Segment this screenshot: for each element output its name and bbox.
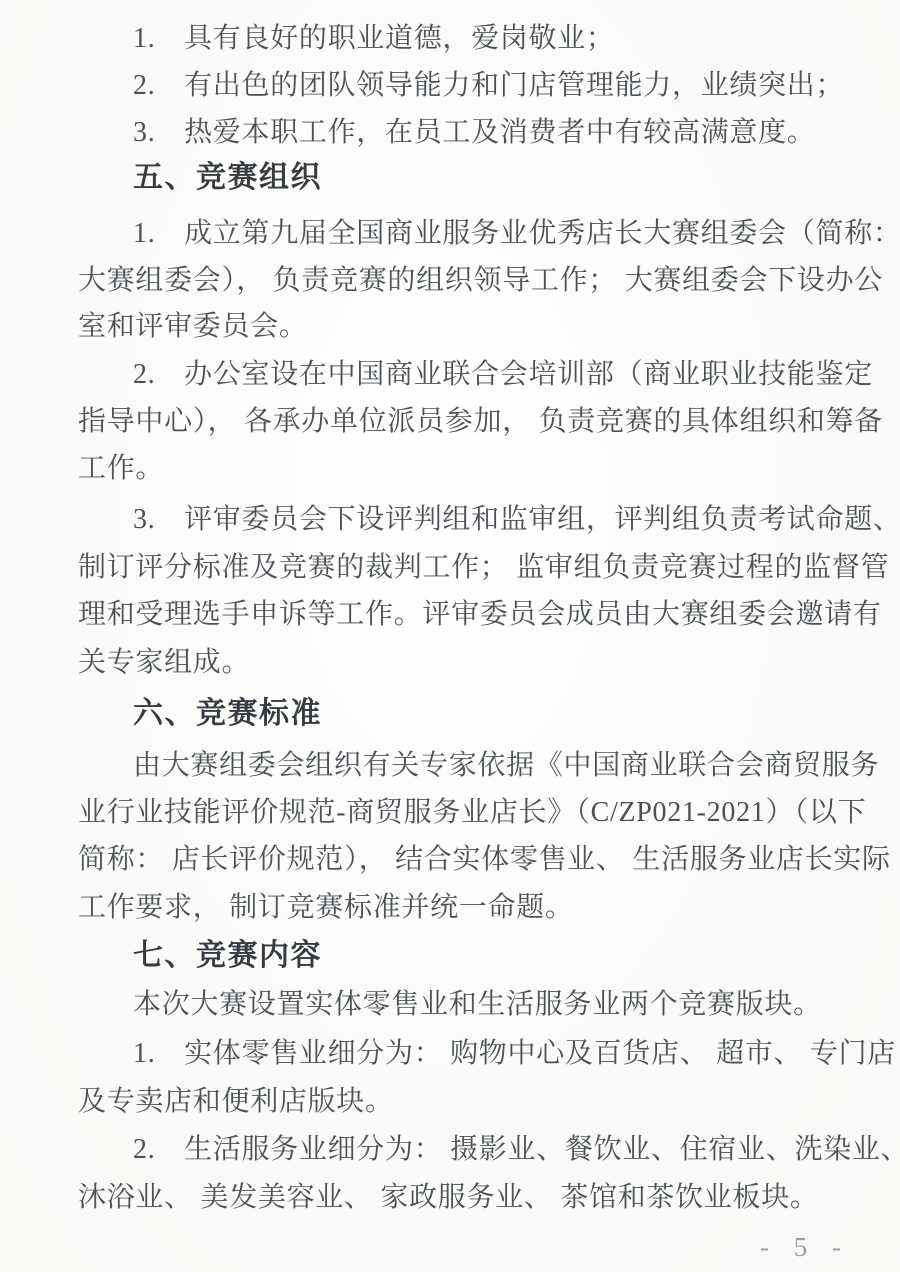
paragraph-line: 3. 评审委员会下设评判组和监审组，评判组负责考试命题、 — [78, 503, 884, 537]
paragraph-line: 理和受理选手申诉等工作。评审委员会成员由大赛组委会邀请有 — [78, 598, 884, 632]
paragraph-line: 指导中心）， 各承办单位派员参加， 负责竞赛的具体组织和筹备 — [78, 405, 884, 439]
paragraph-line: 业行业技能评价规范-商贸服务业店长》（C/ZP021-2021）（以下 — [78, 796, 884, 830]
list-item-line: 3. 热爱本职工作，在员工及消费者中有较高满意度。 — [78, 116, 884, 150]
paragraph-line: 及专卖店和便利店版块。 — [78, 1085, 884, 1119]
paragraph-line: 工作要求， 制订竞赛标准并统一命题。 — [78, 891, 884, 925]
list-item-line: 2. 生活服务业细分为： 摄影业、餐饮业、住宿业、洗染业、 — [78, 1133, 884, 1167]
paragraph-line: 本次大赛设置实体零售业和生活服务业两个竞赛版块。 — [78, 988, 884, 1022]
paragraph-line: 制订评分标准及竞赛的裁判工作； 监审组负责竞赛过程的监督管 — [78, 551, 884, 585]
paragraph-line: 沐浴业、 美发美容业、 家政服务业、 茶馆和茶饮业板块。 — [78, 1181, 884, 1215]
page-number: - 5 - — [760, 1232, 850, 1263]
list-item-line: 2. 有出色的团队领导能力和门店管理能力，业绩突出； — [78, 69, 884, 103]
document-text-area: 1. 具有良好的职业道德，爱岗敬业； 2. 有出色的团队领导能力和门店管理能力，… — [78, 0, 884, 1272]
paragraph-line: 室和评审委员会。 — [78, 310, 884, 344]
paragraph-line: 由大赛组委会组织有关专家依据《中国商业联合会商贸服务 — [78, 749, 884, 783]
section-heading-5-organization: 五、竞赛组织 — [78, 161, 884, 195]
list-item-line: 1. 实体零售业细分为： 购物中心及百货店、 超市、 专门店 — [78, 1037, 884, 1071]
paragraph-line: 关专家组成。 — [78, 646, 884, 680]
paragraph-line: 工作。 — [78, 452, 884, 486]
section-heading-6-standard: 六、竞赛标准 — [78, 697, 884, 731]
list-item-line: 1. 具有良好的职业道德，爱岗敬业； — [78, 22, 884, 56]
paragraph-line: 简称： 店长评价规范）， 结合实体零售业、 生活服务业店长实际 — [78, 843, 884, 877]
section-heading-7-content: 七、竞赛内容 — [78, 939, 884, 973]
paragraph-line: 2. 办公室设在中国商业联合会培训部（商业职业技能鉴定 — [78, 358, 884, 392]
document-page: 1. 具有良好的职业道德，爱岗敬业； 2. 有出色的团队领导能力和门店管理能力，… — [0, 0, 900, 1272]
paragraph-line: 大赛组委会）， 负责竞赛的组织领导工作； 大赛组委会下设办公 — [78, 264, 884, 298]
paragraph-line: 1. 成立第九届全国商业服务业优秀店长大赛组委会（简称： — [78, 217, 884, 251]
